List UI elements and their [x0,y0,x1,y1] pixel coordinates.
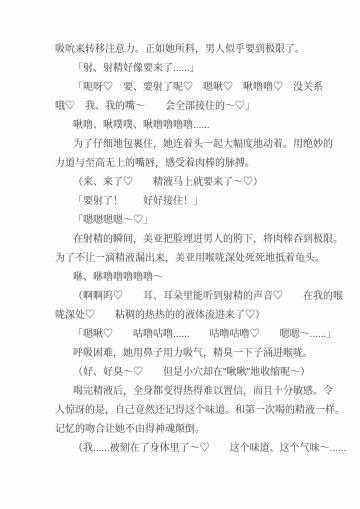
paragraph: 「射、射精好像要来了......」 [55,59,358,78]
paragraph: （来、来了♡ 精液马上就要来了～♡） [55,173,358,192]
paragraph: 「嗯啾♡ 咕噜咕噜...... 咕噜咕噜♡ 嗯嗯～......」 [55,325,358,344]
paragraph: 为了仔细地包裹住，她连着头一起大幅度地动着。用绝妙的 力道与至高无上的嘴唇，感受… [55,135,358,173]
paragraph: 咻、咻噜噜噜噜噜～ [55,268,358,287]
paragraph: （好、好臭～♡ 但是小穴却在"啾啾"地收缩呢～） [55,363,358,382]
paragraph: 吸吮来转移注意力。正如她所料，男人似乎要到极限了。 [55,40,358,59]
paragraph: （我......被刻在了身体里了～♡ 这个味道、这个气味～...... [55,439,358,458]
paragraph: （啊啊呜♡ 耳、耳朵里能听到射精的声音♡ 在我的喉 咙深处♡ 粘稠的热热的的液体… [55,287,358,325]
paragraph: 呼吸困难，她用鼻子用力吸气，精臭一下子涌进喉咙。 [55,344,358,363]
paragraph: 「要射了！ 好好接住！」 [55,192,358,211]
paragraph: 「呃呀♡ 要、要射了呢♡ 嗯啾♡ 啾噜噜♡ 没关系 哦♡ 我、我的嘴～ 会全部接… [55,78,358,116]
paragraph: 啾噜、啾噗噗、啾噜噜噜噜...... [55,116,358,135]
paragraph: 喝完精液后，全身都变得热得难以置信，而且十分敏感。令 人惊讶的是，自己竟然还记得… [55,382,358,439]
page-text-container: 吸吮来转移注意力。正如她所料，男人似乎要到极限了。「射、射精好像要来了.....… [0,0,360,458]
reader-page: 吸吮来转移注意力。正如她所料，男人似乎要到极限了。「射、射精好像要来了.....… [0,0,360,509]
paragraph: 在射精的瞬间，美亚把脸埋进男人的胯下，将肉棒吞到极限。 为了不让一滴精液漏出来，… [55,230,358,268]
paragraph: 「嗯嗯嗯嗯～♡」 [55,211,358,230]
